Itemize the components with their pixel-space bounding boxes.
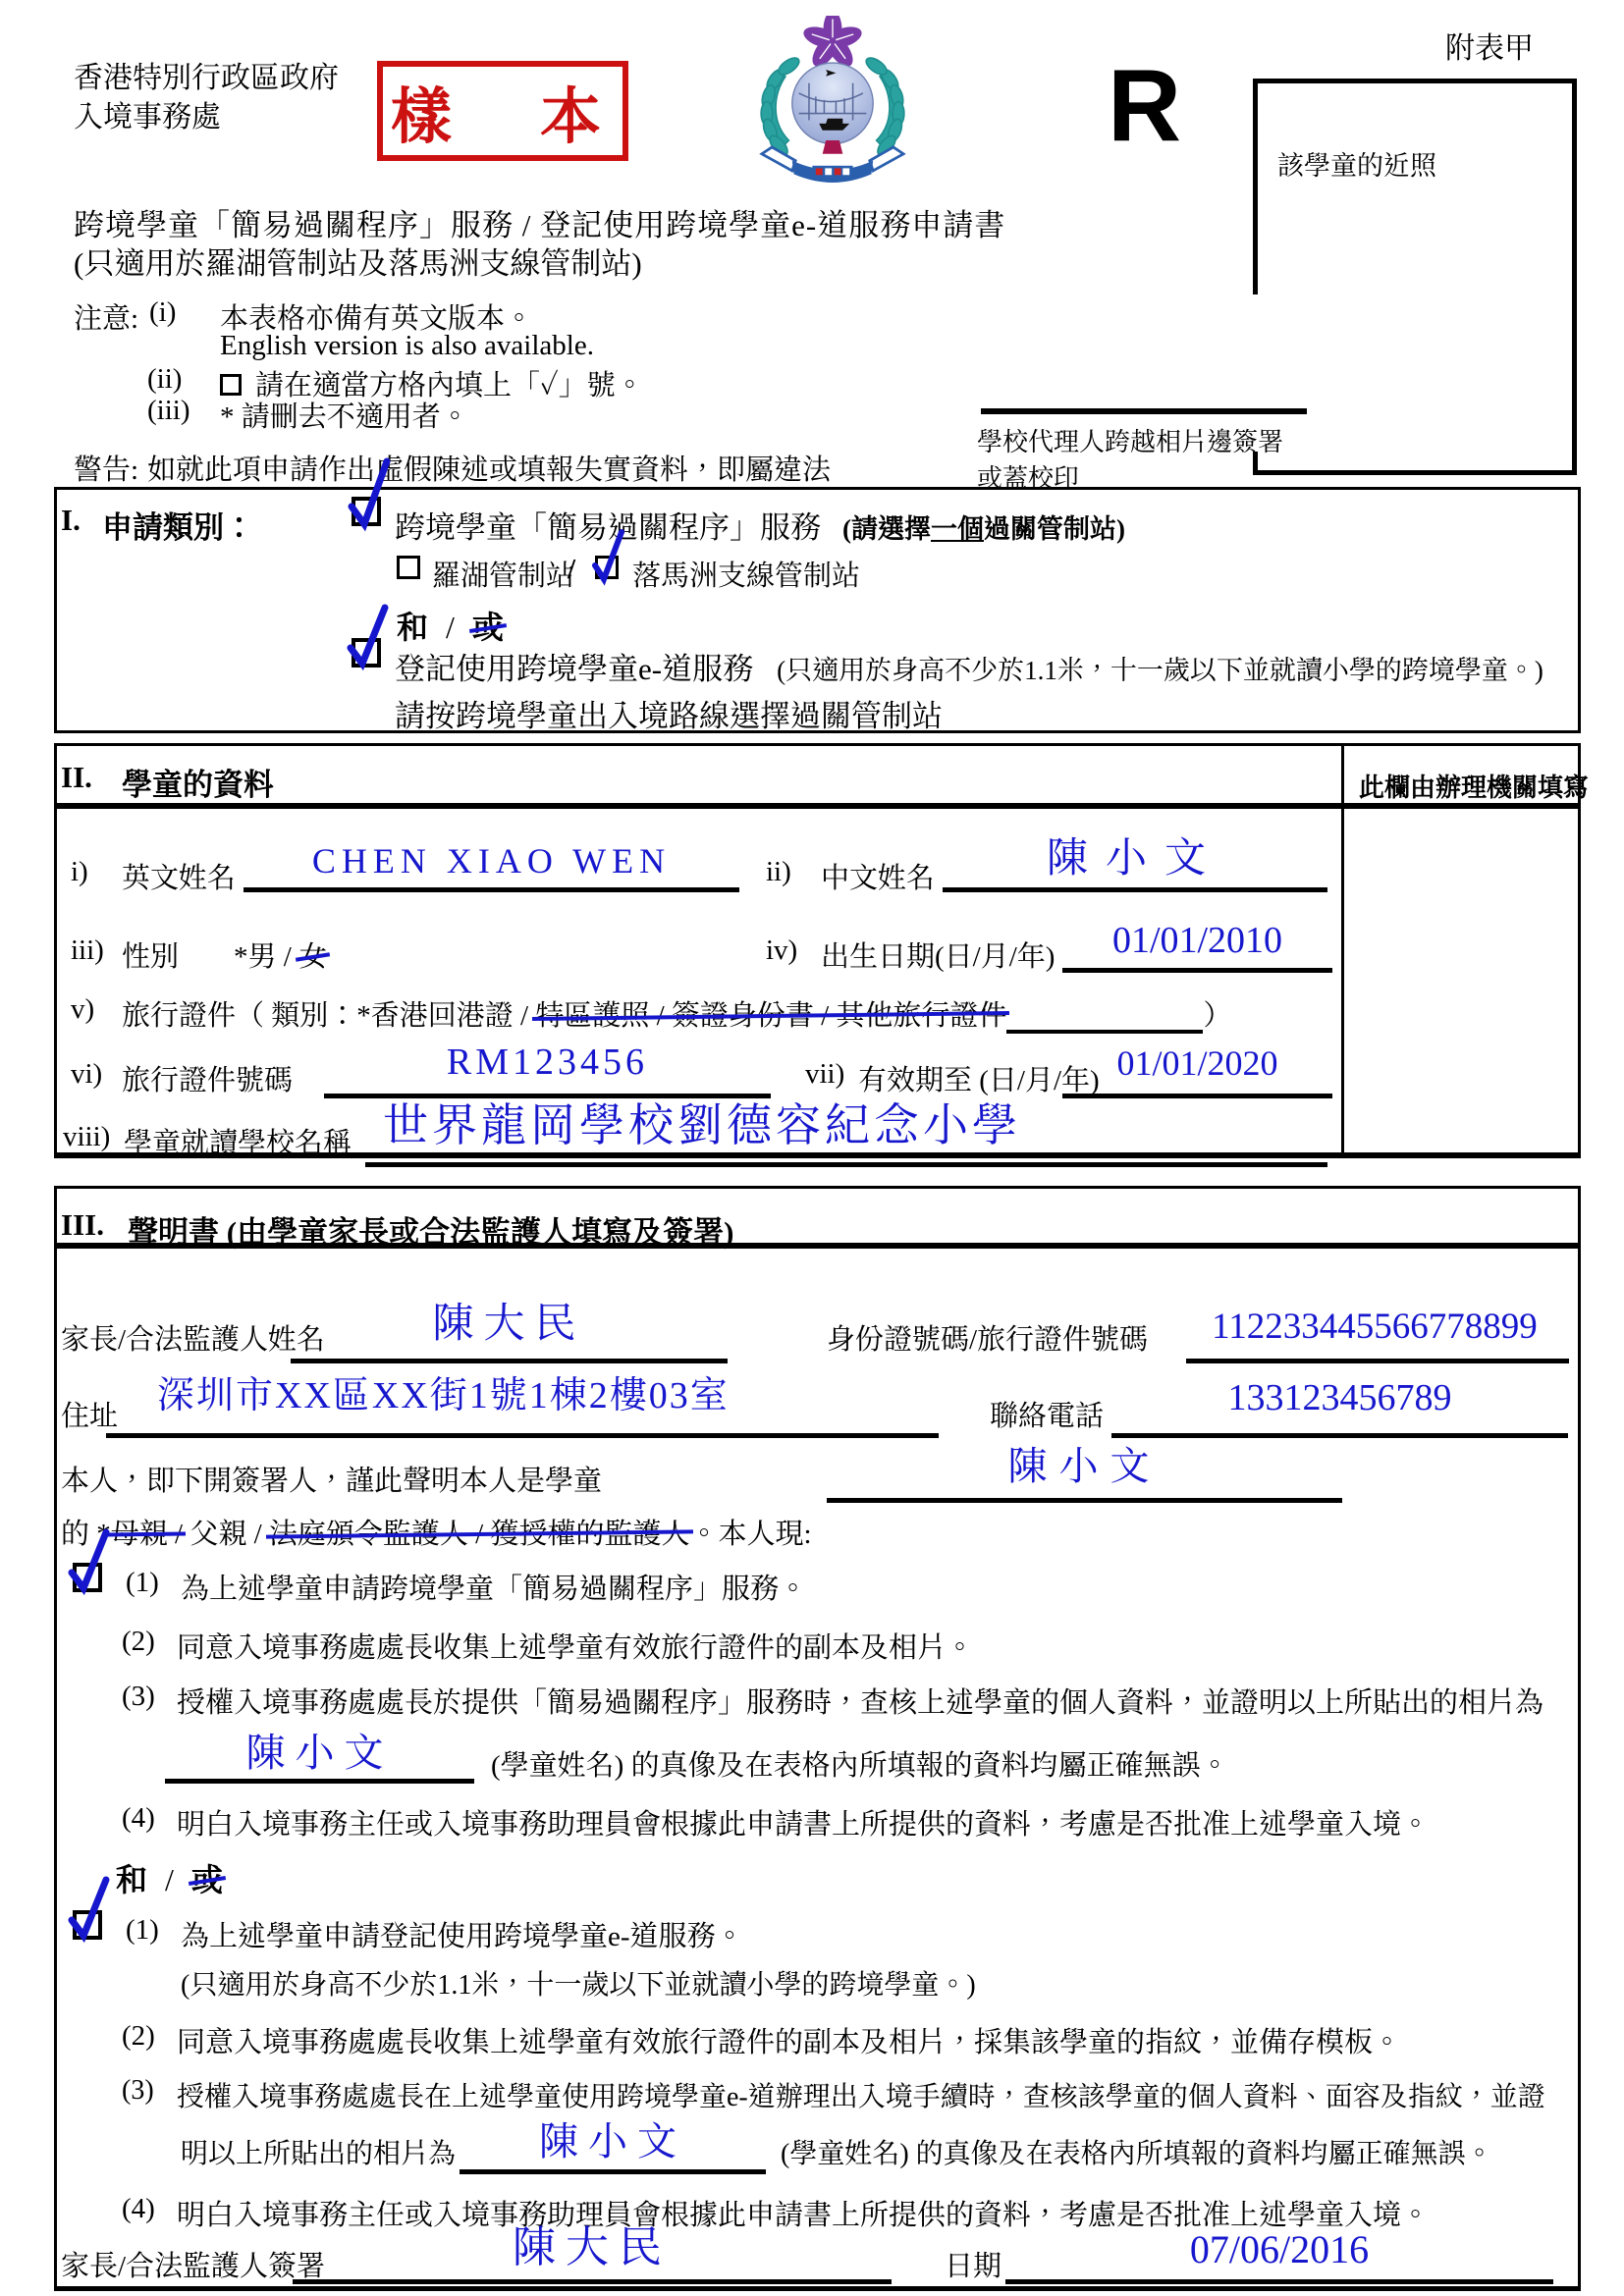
section1-and-or: 和 / 或 — [397, 603, 504, 648]
photo-signature-caption-1: 學校代理人跨越相片邊簽署 — [977, 422, 1283, 458]
expiry-date-line — [1062, 1094, 1332, 1098]
notes-label: 注意: — [74, 296, 138, 337]
relation-mother-struck: 母親 / — [111, 1512, 183, 1552]
guardian-name-label: 家長/合法監護人姓名 — [61, 1317, 325, 1358]
field-vii-number: vii) — [805, 1058, 844, 1091]
guardian-id-line — [1186, 1359, 1569, 1363]
blockA-item3-number: (3) — [122, 1681, 155, 1713]
chinese-name-value[interactable]: 陳小文 — [943, 836, 1327, 881]
appendix-label: 附表甲 — [1445, 24, 1534, 67]
blockB-item3-text: 授權入境事務處處長在上述學童使用跨境學童e-道辦理出入境手續時，查核該學童的個人… — [177, 2075, 1545, 2114]
guardian-signature-label: 家長/合法監護人簽署 — [61, 2244, 325, 2284]
immigration-department-logo — [748, 16, 917, 199]
relation-father: 父親 / — [183, 1519, 269, 1550]
school-name-line — [365, 1162, 1327, 1167]
field-ii-number: ii) — [766, 856, 791, 888]
phone-label: 聯絡電話 — [990, 1394, 1104, 1434]
office-use-label: 此欄由辦理機關填寫 — [1359, 768, 1589, 804]
travel-doc-types-struck: 特區護照 / 簽證身份書 / 其他旅行證件 — [535, 993, 1006, 1034]
blockA-item2-number: (2) — [122, 1626, 155, 1658]
immigration-logo-graphic — [748, 16, 917, 194]
relation-guardians-struck: 法庭頒令監護人 / 獲授權的監護人 — [269, 1512, 690, 1552]
field-iv-label: 出生日期(日/月/年) — [821, 934, 1055, 975]
field-vi-number: vi) — [71, 1058, 102, 1091]
section1-option2-row: 登記使用跨境學童e-道服務 (只適用於身高不少於1.1米，十一歲以下並就讀小學的… — [395, 644, 1543, 688]
blockA-item2-text: 同意入境事務處處長收集上述學童有效旅行證件的副本及相片。 — [177, 1626, 974, 1666]
tick-icon — [346, 454, 391, 530]
blockA-item4-number: (4) — [122, 1802, 155, 1835]
declared-child-name-line — [827, 1498, 1342, 1503]
office-use-column-divider — [1341, 743, 1344, 1158]
application-form-page: 香港特別行政區政府 入境事務處 樣 本 — [0, 0, 1624, 2296]
tick-icon — [346, 601, 389, 669]
note-iii-text: * 請刪去不適用者。 — [220, 395, 469, 435]
travel-doc-type-kept: 旅行證件（ 類別：*香港回港證 / — [122, 1000, 535, 1032]
field-i-number: i) — [71, 856, 88, 888]
field-iv-number: iv) — [766, 934, 797, 967]
travel-doc-other-field[interactable] — [1006, 996, 1203, 1034]
guardian-signature-line — [293, 2279, 892, 2284]
registered-mark-letter: R — [1108, 49, 1181, 163]
photo-signature-line[interactable] — [981, 408, 1307, 414]
note-i-number: (i) — [149, 296, 176, 329]
date-line — [1005, 2279, 1553, 2284]
section2-header-divider — [54, 803, 1581, 809]
option1-note: (請選擇一個過關管制站) — [842, 514, 1125, 544]
guardian-id-label: 身份證號碼/旅行證件號碼 — [827, 1317, 1148, 1358]
station-slash: / — [568, 554, 575, 586]
declaration-intro: 本人，即下開簽署人，謹此聲明本人是學童 — [61, 1459, 602, 1499]
birth-date-line — [1062, 968, 1332, 973]
or-word-struck: 或 — [472, 603, 504, 648]
guardian-id-value[interactable]: 112233445566778899 — [1178, 1308, 1571, 1348]
address-value[interactable]: 深圳市XX區XX街1號1棟2樓03室 — [157, 1376, 943, 1417]
guardian-name-line — [291, 1359, 728, 1363]
declared-child-name-value[interactable]: 陳小文 — [827, 1445, 1342, 1488]
checkbox-sample-icon — [220, 374, 242, 396]
field-iii-number: iii) — [71, 934, 104, 967]
section3-number: III. — [61, 1207, 104, 1243]
field-i-label: 英文姓名 — [122, 856, 236, 896]
gender-options: *男 / 女 — [234, 934, 327, 975]
field-viii-label: 學童就讀學校名稱 — [124, 1121, 352, 1161]
date-label: 日期 — [945, 2244, 1001, 2284]
section3-header-divider — [54, 1243, 1581, 1249]
blockB-item3-number: (3) — [122, 2075, 154, 2107]
blockB-item2-number: (2) — [122, 2020, 155, 2053]
travel-document-row: 旅行證件（ 類別：*香港回港證 / 特區護照 / 簽證身份書 / 其他旅行證件） — [122, 993, 1231, 1034]
blockA-item1-text: 為上述學童申請跨境學童「簡易過關程序」服務。 — [181, 1567, 807, 1607]
gender-female-struck: 女 — [298, 934, 327, 975]
section1-option1-row: 跨境學童「簡易過關程序」服務 (請選擇一個過關管制站) — [395, 503, 1125, 547]
field-ii-label: 中文姓名 — [821, 856, 935, 896]
travel-doc-number-value[interactable]: RM123456 — [324, 1042, 771, 1084]
guardian-name-value[interactable]: 陳大民 — [291, 1302, 728, 1347]
harbour-scene-icon — [792, 63, 873, 143]
guardian-signature-value[interactable]: 陳大民 — [293, 2224, 892, 2271]
note-iii-number: (iii) — [147, 395, 190, 427]
and-or-slash: / — [446, 610, 455, 645]
english-name-value[interactable]: CHEN XIAO WEN — [244, 842, 739, 881]
photo-box-label: 該學童的近照 — [1277, 144, 1436, 183]
field-v-number: v) — [71, 993, 94, 1026]
blockA-item1-number: (1) — [126, 1567, 159, 1599]
child-photo-box: 該學童的近照 — [1253, 79, 1577, 475]
section2-title: 學童的資料 — [122, 760, 274, 804]
lokmachau-label: 落馬洲支線管制站 — [632, 554, 860, 594]
ribbon-knot-icon — [823, 140, 843, 154]
section3-and-or: 和 / 或 — [116, 1855, 223, 1900]
travel-doc-number-line — [324, 1094, 771, 1098]
blockB-child-name-line — [460, 2169, 766, 2174]
note-i-text-english: English version is also available. — [220, 330, 594, 362]
and-word: 和 — [116, 1862, 147, 1897]
registered-mark: R — [1108, 55, 1181, 157]
phone-line — [1111, 1433, 1568, 1438]
expiry-date-value[interactable]: 01/01/2020 — [1062, 1044, 1332, 1084]
tick-icon — [591, 526, 624, 583]
field-viii-number: viii) — [63, 1121, 110, 1153]
date-value[interactable]: 07/06/2016 — [1005, 2228, 1553, 2271]
blockB-item4-number: (4) — [122, 2193, 155, 2225]
birth-date-value[interactable]: 01/01/2010 — [1062, 921, 1332, 962]
blockA-item3-text: 授權入境事務處處長於提供「簡易過關程序」服務時，查核上述學童的個人資料，並證明以… — [177, 1681, 1543, 1721]
option1-note-emphasis: 一個 — [931, 514, 984, 544]
field-vi-label: 旅行證件號碼 — [122, 1058, 293, 1098]
lowu-label: 羅湖管制站 — [432, 554, 574, 594]
tick-icon — [67, 1525, 110, 1594]
blockB-item1-number: (1) — [126, 1914, 159, 1947]
checkbox-lowu[interactable] — [397, 556, 420, 579]
blockB-child-name-value[interactable]: 陳小文 — [460, 2120, 766, 2163]
relationship-row: 的 *母親 / 父親 / 法庭頒令監護人 / 獲授權的監護人。本人現: — [61, 1512, 812, 1552]
blockA-item4-text: 明白入境事務主任或入境事務助理員會根據此申請書上所提供的資料，考慮是否批准上述學… — [177, 1802, 1430, 1842]
warning-label: 警告: — [74, 448, 138, 488]
section1-title: 申請類別： — [102, 503, 254, 547]
note-ii-number: (ii) — [147, 363, 182, 396]
tick-icon — [67, 1873, 110, 1942]
option2-note: (只適用於身高不少於1.1米，十一歲以下並就讀小學的跨境學童。) — [777, 656, 1543, 685]
blockA-child-name-line — [165, 1779, 474, 1784]
school-name-value[interactable]: 世界龍岡學校劉德容紀念小學 — [383, 1101, 1326, 1151]
warning-text: 如就此項申請作出虛假陳述或填報失實資料，即屬違法 — [147, 448, 831, 488]
or-word-struck: 或 — [191, 1855, 223, 1900]
section1-option2-line2: 請按跨境學童出入境路線選擇過關管制站 — [395, 691, 943, 735]
blockA-child-name-value[interactable]: 陳小文 — [165, 1732, 474, 1775]
blockB-item1-text: 為上述學童申請登記使用跨境學童e-道服務。 — [181, 1914, 744, 1954]
department-name-line1: 香港特別行政區政府 — [74, 59, 339, 98]
blockB-item3-suffix: (學童姓名) 的真像及在表格內所填報的資料均屬正確無誤。 — [781, 2132, 1493, 2171]
form-title-line2: (只適用於羅湖管制站及落馬洲支線管制站) — [74, 239, 642, 283]
address-label: 住址 — [61, 1394, 118, 1434]
chinese-name-line — [943, 887, 1327, 892]
option2-label: 登記使用跨境學童e-道服務 — [395, 652, 753, 686]
field-iii-label: 性別 — [122, 934, 179, 975]
blockB-item2-text: 同意入境事務處處長收集上述學童有效旅行證件的副本及相片，採集該學童的指紋，並備存… — [177, 2020, 1401, 2060]
blockB-item1-note: (只適用於身高不少於1.1米，十一歲以下並就讀小學的跨境學童。) — [181, 1963, 976, 2002]
phone-value[interactable]: 133123456789 — [1111, 1378, 1568, 1419]
and-or-slash: / — [165, 1862, 174, 1897]
and-word: 和 — [397, 610, 428, 645]
blockA-item3-suffix: (學童姓名) 的真像及在表格內所填報的資料均屬正確無誤。 — [491, 1743, 1229, 1784]
section2-number: II. — [61, 760, 92, 795]
department-name: 香港特別行政區政府 入境事務處 — [74, 59, 339, 137]
gender-male-option: *男 / — [234, 941, 298, 973]
department-name-line2: 入境事務處 — [74, 98, 339, 137]
address-line — [106, 1433, 939, 1438]
blockB-item3-line2-pre: 明以上所貼出的相片為 — [181, 2132, 456, 2171]
english-name-line — [244, 887, 739, 892]
sample-stamp: 樣 本 — [377, 61, 628, 161]
section1-number: I. — [61, 503, 81, 538]
sample-stamp-text: 樣 本 — [391, 68, 615, 155]
